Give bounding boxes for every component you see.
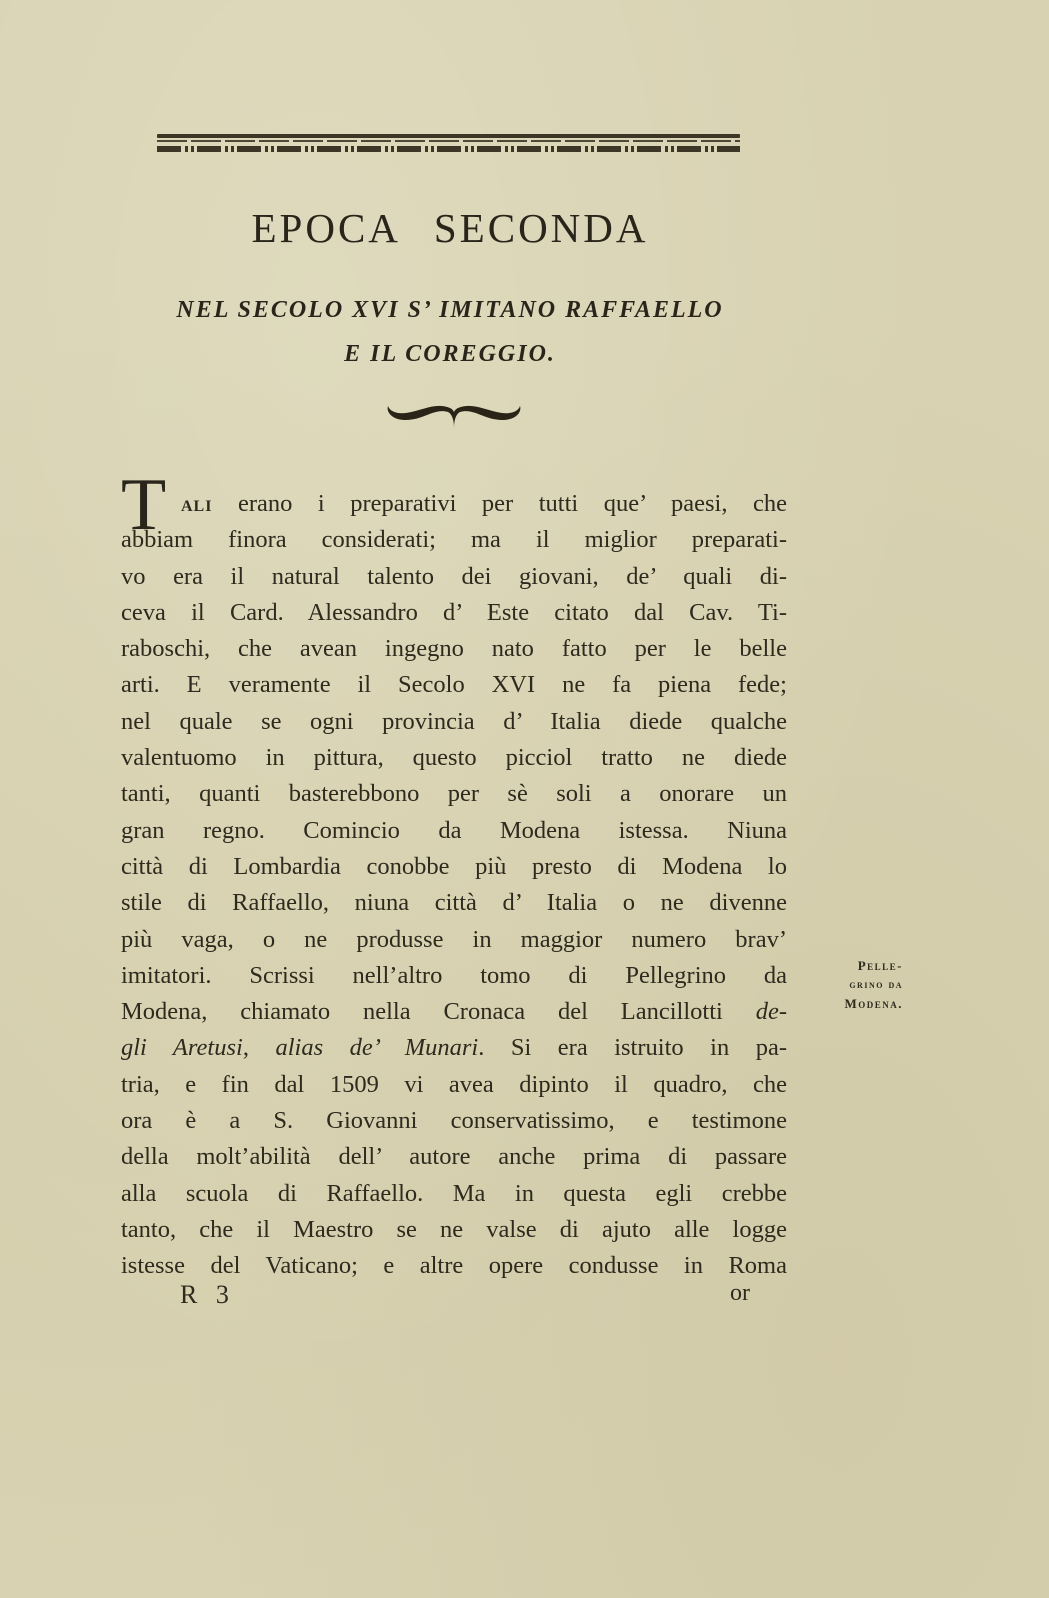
chapter-title: EPOCA SECONDA (0, 204, 900, 252)
text-line: ceva il Card. Alessandro d’ Este citato … (121, 595, 787, 631)
ornament-rule-top (157, 134, 740, 138)
text-line: arti. E veramente il Secolo XVI ne fa pi… (121, 667, 787, 703)
text-line: raboschi, che avean ingegno nato fatto p… (121, 631, 787, 667)
marginal-note-line-1: Pelle- (793, 956, 903, 975)
text-line: tanto, che il Maestro se ne valse di aju… (121, 1212, 787, 1248)
text-line: gran regno. Comincio da Modena istessa. … (121, 813, 787, 849)
text-line: imitatori. Scrissi nell’altro tomo di Pe… (121, 958, 787, 994)
text-line: città di Lombardia conobbe più presto di… (121, 849, 787, 885)
ornament-rule-middle (157, 140, 740, 142)
text-line: alla scuola di Raffaello. Ma in questa e… (121, 1176, 787, 1212)
text-line: gli Aretusi, alias de’ Munari. Si era is… (121, 1030, 787, 1066)
text-line: nel quale se ogni provincia d’ Italia di… (121, 704, 787, 740)
small-caps-opening: ALI (181, 498, 212, 515)
text-line: Modena, chiamato nella Cronaca del Lanci… (121, 994, 787, 1030)
text-line: tanti, quanti basterebbono per sè soli a… (121, 776, 787, 812)
text-line: valentuomo in pittura, questo picciol tr… (121, 740, 787, 776)
text-line: più vaga, o ne produsse in maggior numer… (121, 922, 787, 958)
text-line: stile di Raffaello, niuna città d’ Itali… (121, 885, 787, 921)
marginal-note-line-3: Modena. (793, 994, 903, 1013)
fleuron-brace-icon (384, 398, 524, 432)
text-line: della molt’abilità dell’ autore anche pr… (121, 1139, 787, 1175)
book-page: EPOCA SECONDA NEL SECOLO XVI S’ IMITANO … (0, 0, 1049, 1598)
subtitle-line-1: NEL SECOLO XVI S’ IMITANO RAFFAELLO (120, 288, 780, 332)
text-line: vo era il natural talento dei giovani, d… (121, 559, 787, 595)
headpiece-ornament (157, 128, 740, 158)
catchword: or (730, 1280, 750, 1307)
text-line: abbiam finora considerati; ma il miglior… (121, 522, 787, 558)
body-paragraph: ALI erano i preparativi per tutti que’ p… (121, 486, 787, 1285)
marginal-note: Pelle- grino da Modena. (793, 956, 903, 1013)
chapter-subtitle: NEL SECOLO XVI S’ IMITANO RAFFAELLO E IL… (120, 288, 780, 376)
text-line: tria, e fin dal 1509 vi avea dipinto il … (121, 1067, 787, 1103)
text-line: ora è a S. Giovanni conservatissimo, e t… (121, 1103, 787, 1139)
signature-mark: R 3 (180, 1280, 235, 1310)
marginal-note-line-2: grino da (793, 975, 903, 994)
ornament-dash-row (157, 146, 740, 152)
subtitle-line-2: E IL COREGGIO. (120, 332, 780, 376)
text-line: ALI erano i preparativi per tutti que’ p… (121, 486, 787, 522)
